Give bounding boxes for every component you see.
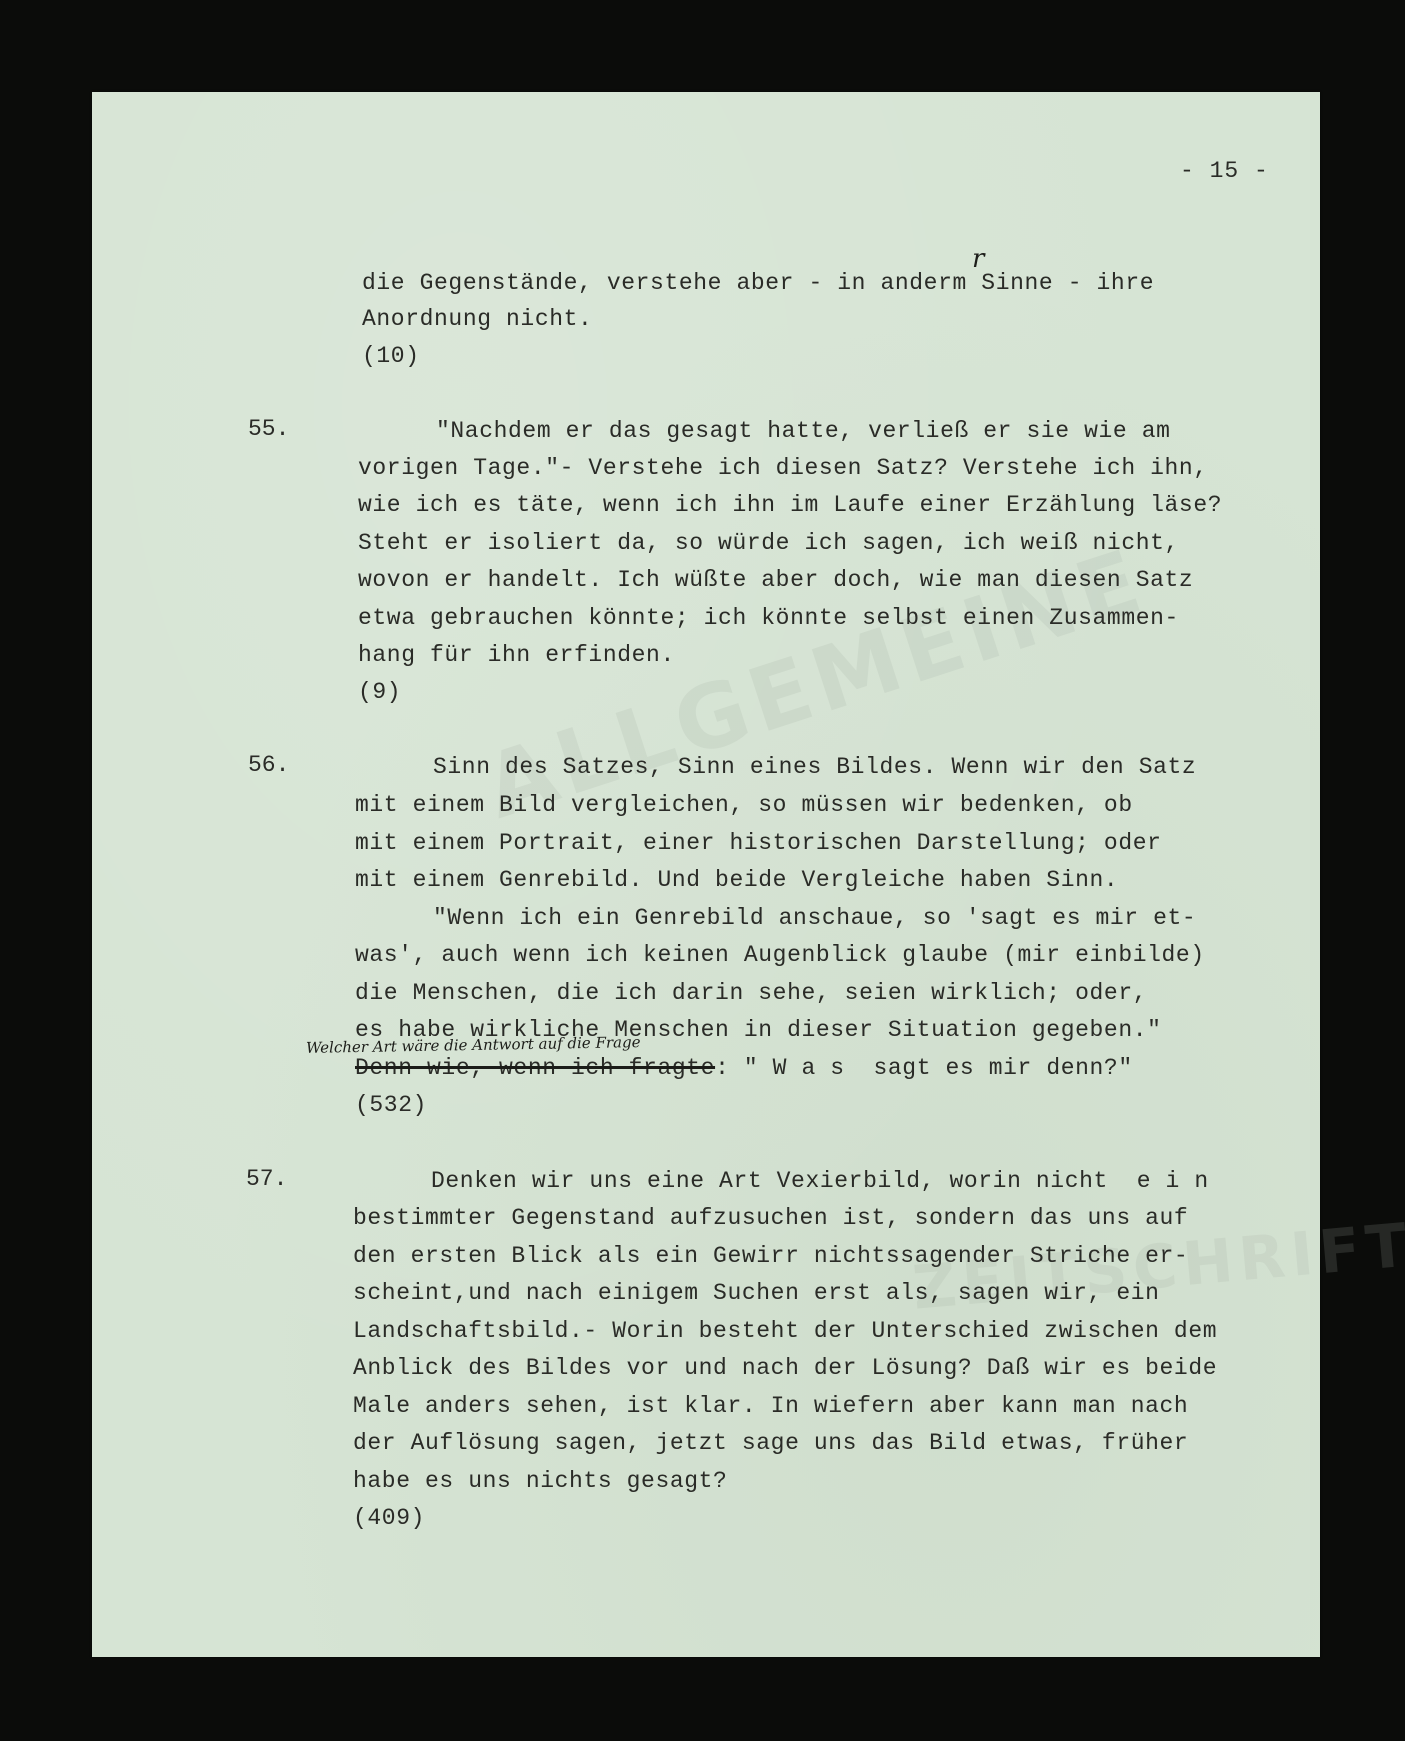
reference-number: (409) <box>353 1503 425 1533</box>
page-number: - 15 - <box>1180 158 1269 184</box>
text-line: wie ich es täte, wenn ich ihn im Laufe e… <box>358 490 1222 520</box>
text-line: Landschaftsbild.- Worin besteht der Unte… <box>353 1316 1217 1346</box>
text-line: Denken wir uns eine Art Vexierbild, wori… <box>431 1166 1209 1196</box>
text-line: Anordnung nicht. <box>362 304 592 334</box>
text-line: den ersten Blick als ein Gewirr nichtssa… <box>353 1241 1188 1271</box>
section-number: 56. <box>248 752 289 778</box>
text-line: habe es uns nichts gesagt? <box>353 1466 727 1496</box>
text-line: mit einem Genrebild. Und beide Vergleich… <box>355 865 1118 895</box>
text-line: Denn wie, wenn ich fragte: " W a s sagt … <box>355 1053 1133 1083</box>
reference-number: (532) <box>355 1090 427 1120</box>
reference-number: (9) <box>358 677 401 707</box>
text-line: mit einem Portrait, einer historischen D… <box>355 828 1162 858</box>
text-line: was', auch wenn ich keinen Augenblick gl… <box>355 940 1205 970</box>
text-line: der Auflösung sagen, jetzt sage uns das … <box>353 1428 1188 1458</box>
text-line: bestimmter Gegenstand aufzusuchen ist, s… <box>353 1203 1188 1233</box>
text-line: die Gegenstände, verstehe aber - in ande… <box>362 268 1154 298</box>
text-line: etwa gebrauchen könnte; ich könnte selbs… <box>358 603 1179 633</box>
text-line: "Nachdem er das gesagt hatte, verließ er… <box>436 416 1171 446</box>
reference-number: (10) <box>362 341 420 371</box>
text-line: die Menschen, die ich darin sehe, seien … <box>355 978 1147 1008</box>
text-line: scheint,und nach einigem Suchen erst als… <box>353 1278 1160 1308</box>
section-number: 57. <box>246 1166 287 1192</box>
text-line: vorigen Tage."- Verstehe ich diesen Satz… <box>358 453 1208 483</box>
struck-text: Denn wie, wenn ich fragte <box>355 1055 715 1081</box>
text-line: Sinn des Satzes, Sinn eines Bildes. Wenn… <box>433 752 1196 782</box>
section-number: 55. <box>248 416 289 442</box>
text-line: Anblick des Bildes vor und nach der Lösu… <box>353 1353 1217 1383</box>
text-line: mit einem Bild vergleichen, so müssen wi… <box>355 790 1133 820</box>
text-line: Steht er isoliert da, so würde ich sagen… <box>358 528 1179 558</box>
text-line: "Wenn ich ein Genrebild anschaue, so 'sa… <box>433 903 1196 933</box>
text-line: Male anders sehen, ist klar. In wiefern … <box>353 1391 1188 1421</box>
text-line: wovon er handelt. Ich wüßte aber doch, w… <box>358 565 1193 595</box>
text-line: hang für ihn erfinden. <box>358 640 675 670</box>
text-fragment: : " W a s sagt es mir denn?" <box>715 1055 1133 1081</box>
